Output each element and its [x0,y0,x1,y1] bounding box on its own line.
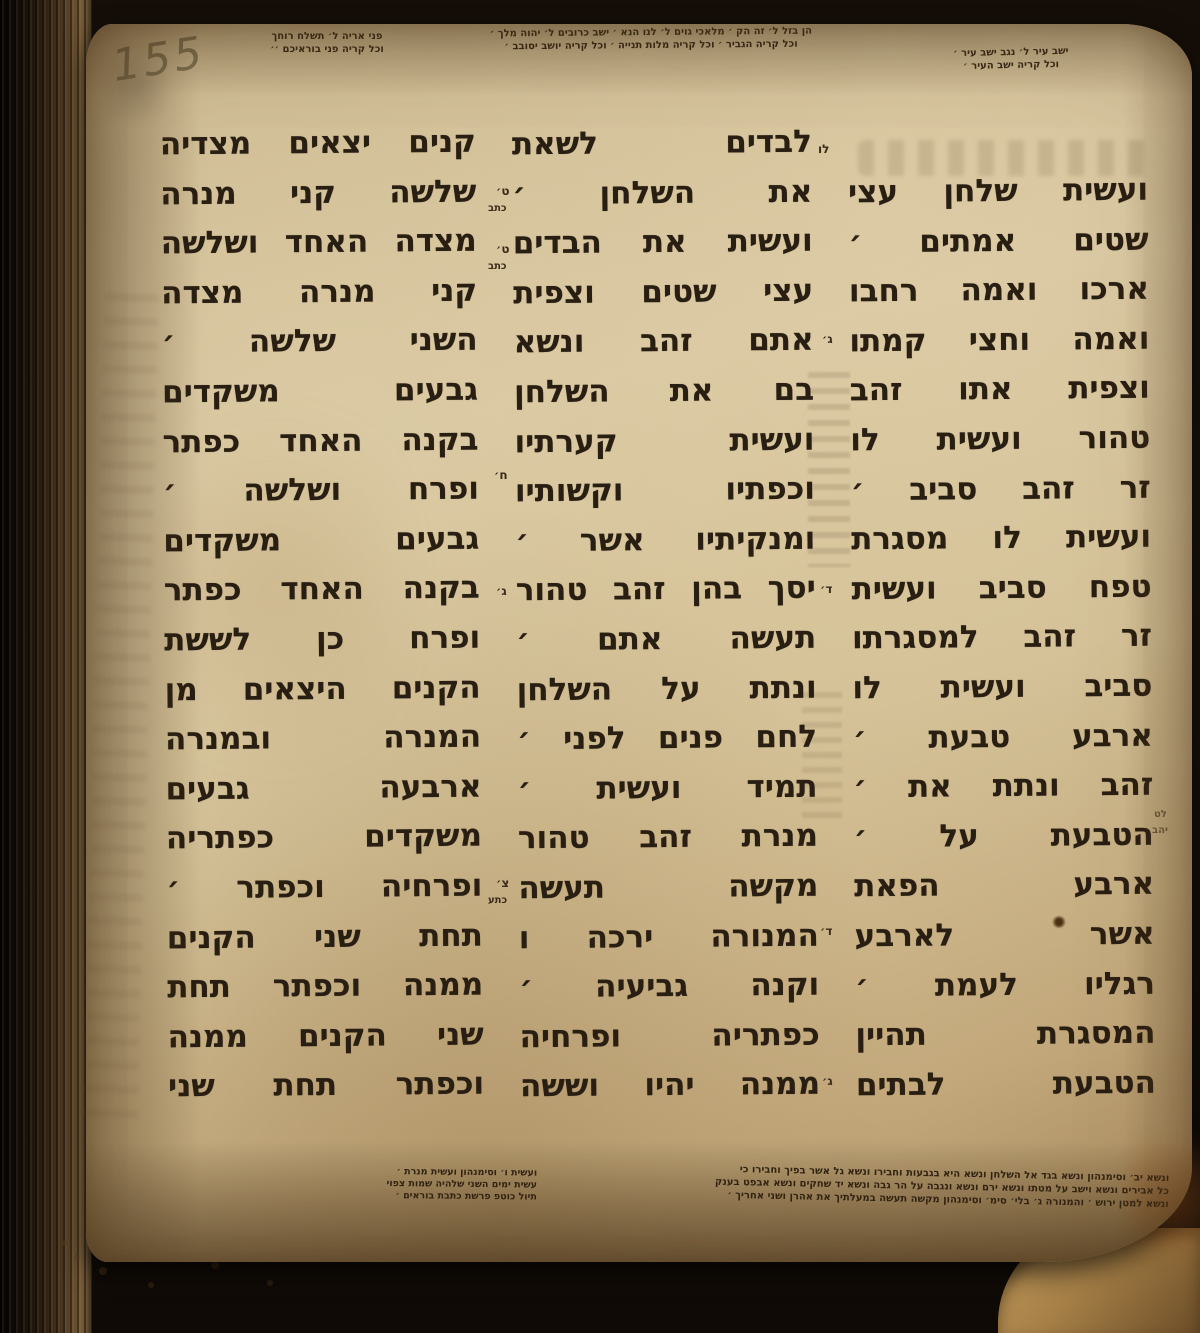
masorah-parva-note: כתב [488,202,507,216]
masorah-parva-note: לט [1154,808,1167,822]
text-line: זהב ונתת את ׳ [853,762,1153,814]
text-column-right: ועשית שלחן עצי שטים אמתים ׳ ארכו ואמה רח… [848,167,1156,1112]
folio-number: 155 [109,27,209,92]
age-speckles [62,1240,68,1246]
masorah-magna-top-left: פני אריה ל׳ תשלח רוחך וכל קריה פני בוראי… [236,30,418,56]
text-line: בקנה האחד כפתר [162,416,478,468]
masorah-magna-top-right: ישב עיר ל׳ נגב ישב עיר ׳ וכל קריה ישב הע… [886,43,1136,74]
masorah-parva-note: ד׳ [820,582,832,596]
text-line: תעשה אתם ׳ [516,615,816,667]
text-line: גבעים משקדים [163,515,479,567]
text-line: קנים יצאים מצדיה [160,119,476,171]
masorah-parva-note: ג׳ [822,1074,833,1088]
text-line: אשר לארבע [854,911,1154,963]
text-line: הטבעת לבתים [856,1059,1156,1111]
text-line: ונתת על השלחן [516,664,816,716]
text-line: ארבע טבעת ׳ [853,712,1153,764]
text-line: ועשית לו מסגרת [851,514,1151,566]
masorah-parva-note: ט׳ [496,242,509,256]
masorah-parva-note: ט׳ [496,184,509,198]
text-line: ממנה וכפתר תחת [167,962,483,1014]
text-line: ועשית שלחן עצי [848,167,1148,219]
text-line: גבעים משקדים [162,367,478,419]
masorah-parva-note: ג׳ [496,584,507,598]
text-line: שלשה קני מנרה [160,168,476,220]
text-line: תמיד ועשית ׳ [517,763,817,815]
text-line: וצפית אתו זהב [850,365,1150,417]
masorah-parva-note: צ׳ [496,876,509,890]
masorah-magna-bottom-main: ונשא יב׳ וסימנהון ונשא בגד אל השלחן ונשא… [584,1160,1170,1211]
text-line: זר זהב סביב ׳ [850,464,1150,516]
masorah-parva-note: כתב [488,260,507,274]
parchment-page: 155 ישב עיר ל׳ נגב ישב עיר ׳ וכל קריה יש… [86,24,1192,1262]
text-line: וקנה גביעיה ׳ [519,962,819,1014]
text-line: סביב ועשית לו [852,663,1152,715]
text-line: המנורה ירכה ו [519,912,819,964]
text-line: יסך בהן זהב טהור [516,565,816,617]
masorah-parva-note: יהב [1152,824,1168,838]
text-line: ואמה וחצי קמתו [849,315,1149,367]
text-line: משקדים כפתריה [166,813,482,865]
text-line: ממנה יהיו וששה [520,1061,820,1113]
masorah-parva-note: ג׳ [822,332,833,346]
text-line: כפתריה ופרחיה [519,1011,819,1063]
text-line: ופרח ושלשה ׳ [163,466,479,518]
ink-bleed-through [83,293,159,1134]
text-line: מקשה תעשה [518,863,818,915]
masorah-magna-top-center: הן בזל ל׳ זה הק ׳ מלאכי גוים ל׳ לנו הנא … [420,24,882,54]
text-line: את השלחן ׳ [512,168,812,220]
text-line: המנרה ובמנרה [165,714,481,766]
text-line: אתם זהב ונשא [513,317,813,369]
masorah-parva-note: ד׳ [820,924,832,938]
text-line: טהור ועשית לו [850,415,1150,467]
masorah-parva-note: כתע [488,894,507,908]
manuscript-photo: 155 ישב עיר ל׳ נגב ישב עיר ׳ וכל קריה יש… [0,0,1200,1333]
text-line: תחת שני הקנים [167,912,483,964]
text-column-middle: לבדים לשאת את השלחן ׳ ועשית את הבדים עצי… [512,119,821,1113]
text-line: ועשית קערתיו [514,416,814,468]
text-line: עצי שטים וצפית [513,267,813,319]
masorah-line: תיול כוטפ פרשת כתבת בוראים ׳ [232,1188,537,1203]
text-line: ופרחיה וכפתר ׳ [166,863,482,915]
text-line: ארבעה גבעים [165,763,481,815]
masorah-magna-bottom-left: ועשית ו׳ וסימנהון ועשית מנרת ׳ עשית ימים… [232,1164,537,1203]
text-line: טפח סביב ועשית [851,563,1151,615]
text-line: וכפתר תחת שני [168,1061,484,1113]
text-column-left: קנים יצאים מצדיה שלשה קני מנרה מצדה האחד… [160,119,485,1114]
text-line: בם את השלחן [514,367,814,419]
text-line: וכפתיו וקשותיו [515,466,815,518]
text-line: המסגרת תהיין [855,1010,1155,1062]
text-line: מנרת זהב טהור [518,813,818,865]
text-line: הקנים היצאים מן [164,664,480,716]
text-line: קני מנרה מצדה [161,267,477,319]
text-line: השני שלשה ׳ [161,317,477,369]
text-line: ועשית את הבדים [513,218,813,270]
text-line: מצדה האחד ושלשה [161,218,477,270]
text-line: ארכו ואמה רחבו [849,266,1149,318]
text-line: ארבע הפאת [854,861,1154,913]
book-spine [0,0,92,1333]
text-line: שני הקנים ממנה [167,1011,483,1063]
text-line: לבדים לשאת [512,119,812,171]
text-line: הטבעת על ׳ [854,811,1154,863]
text-line: לחם פנים לפני ׳ [517,714,817,766]
text-line: רגליו לעמת ׳ [855,960,1155,1012]
masorah-line: וכל קריה פני בוראיכם ׳׳ [236,43,418,56]
text-line: ופרח כן לששת [164,615,480,667]
masorah-parva-note: לו [818,142,829,156]
text-line: שטים אמתים ׳ [848,216,1148,268]
text-line: זר זהב למסגרתו [852,613,1152,665]
text-line: בקנה האחד כפתר [164,565,480,617]
text-line: ומנקיתיו אשר ׳ [515,515,815,567]
masorah-line: פני אריה ל׳ תשלח רוחך [236,30,418,43]
masorah-parva-note: ח׳ [494,468,508,482]
